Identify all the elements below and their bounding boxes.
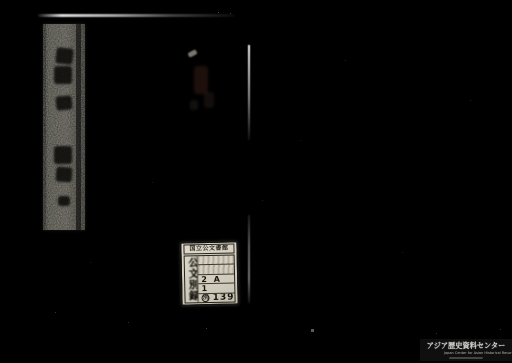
watermark-title-english: Japan Center for Asian Historical Record… xyxy=(444,351,488,353)
illegible-kanji-blob xyxy=(54,146,72,164)
illegible-kanji-blob xyxy=(55,95,72,110)
faded-cover-lettering xyxy=(194,66,208,94)
cover-glint xyxy=(187,49,197,58)
label-item-number: 139 xyxy=(213,293,235,302)
watermark-subline xyxy=(449,357,483,359)
label-row-5: 別 139 xyxy=(199,293,235,302)
label-institution-name: 国立公文書館 xyxy=(183,243,234,254)
label-number-rows: 2 A 1 別 139 xyxy=(198,255,235,302)
label-row-3-value: 2 A xyxy=(201,274,222,283)
scan-noise-specks xyxy=(0,0,1,1)
archive-call-number-label: 国立公文書館 公文別録 2 A 1 別 139 xyxy=(180,241,238,305)
scanned-book-cover: 国立公文書館 公文別録 2 A 1 別 139 xyxy=(0,0,512,363)
label-row-4-value: 1 xyxy=(201,284,209,293)
faded-cover-lettering xyxy=(190,100,198,110)
book-edge-highlight-lower xyxy=(248,215,250,303)
circled-series-mark: 別 xyxy=(202,294,210,302)
illegible-kanji-blob xyxy=(55,47,74,65)
jacar-watermark: アジア歴史資料センター Japan Center for Asian Histo… xyxy=(420,339,512,361)
scan-light-streak xyxy=(38,14,234,17)
book-edge-highlight-upper xyxy=(248,45,250,140)
spine-title-slip xyxy=(43,24,85,230)
illegible-kanji-blob xyxy=(55,166,72,182)
illegible-kanji-blob xyxy=(54,66,72,84)
label-grid: 公文別録 2 A 1 別 139 xyxy=(184,254,236,303)
faded-cover-lettering xyxy=(204,92,214,108)
label-series-title-vertical: 公文別録 xyxy=(185,256,199,302)
illegible-kanji-blob xyxy=(58,196,70,206)
watermark-title-japanese: アジア歴史資料センター xyxy=(424,340,508,351)
